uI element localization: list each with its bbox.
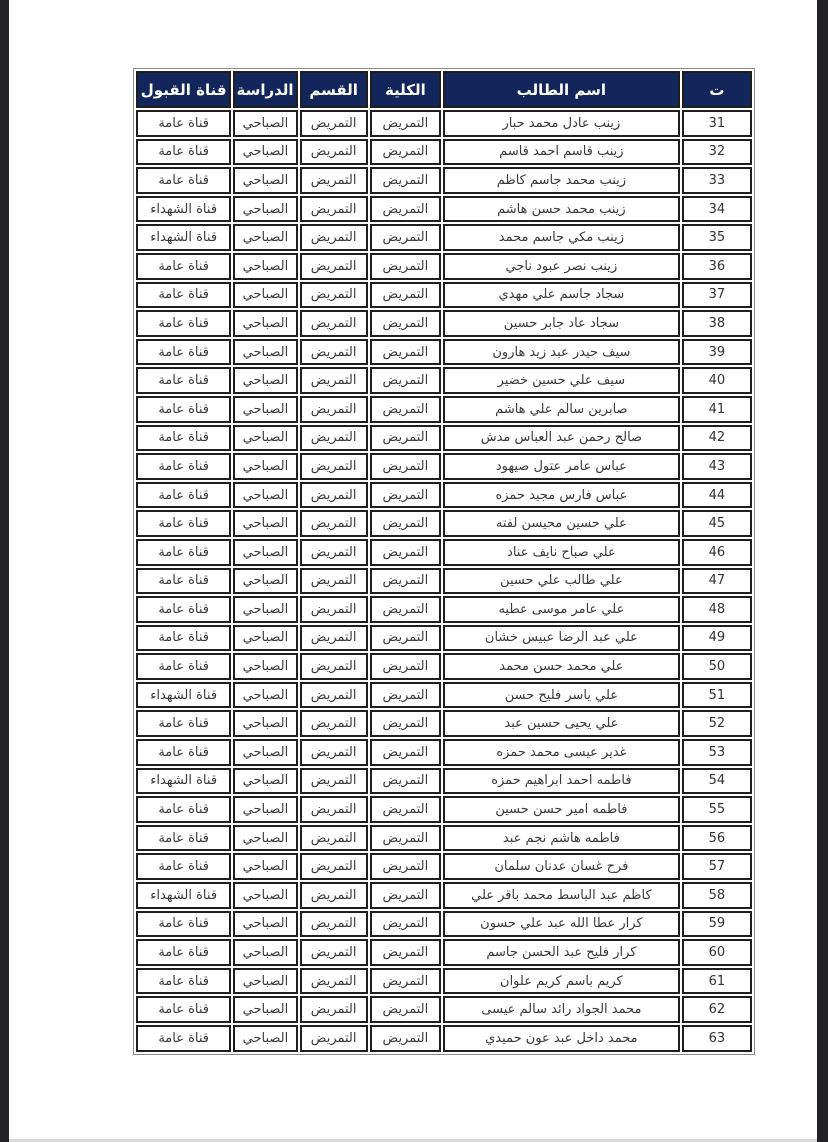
cell-study: الصباحي [233,339,297,366]
cell-college: التمريض [370,710,441,737]
cell-dept: التمريض [300,653,368,680]
cell-name: علي عبد الرضا عبيس خشان [443,625,680,652]
table-row: 57فرح غسان عدنان سلمانالتمريضالتمريضالصب… [136,853,752,880]
cell-name: زينب عادل محمد حبار [443,110,680,137]
cell-channel: قناة عامة [136,625,231,652]
cell-channel: قناة عامة [136,453,231,480]
cell-study: الصباحي [233,596,297,623]
cell-no: 62 [682,996,752,1023]
cell-no: 46 [682,539,752,566]
cell-dept: التمريض [300,167,368,194]
cell-college: التمريض [370,768,441,795]
table-row: 41صابرين سالم علي هاشمالتمريضالتمريضالصب… [136,396,752,423]
cell-name: محمد داخل عبد عون حميدي [443,1025,680,1052]
cell-no: 49 [682,625,752,652]
cell-study: الصباحي [233,796,297,823]
cell-college: التمريض [370,510,441,537]
cell-college: التمريض [370,224,441,251]
cell-college: التمريض [370,253,441,280]
cell-college: التمريض [370,167,441,194]
cell-college: التمريض [370,911,441,938]
cell-name: محمد الجواد رائد سالم عيسى [443,996,680,1023]
cell-name: غدير عيسى محمد حمزه [443,739,680,766]
cell-name: فاطمه احمد ابراهيم حمزه [443,768,680,795]
cell-no: 55 [682,796,752,823]
cell-no: 34 [682,196,752,223]
cell-channel: قناة عامة [136,653,231,680]
cell-dept: التمريض [300,110,368,137]
cell-name: صالح رحمن عبد العباس مدش [443,425,680,452]
cell-study: الصباحي [233,539,297,566]
document-page: تاسم الطالبالكليةالقسمالدراسةقناة القبول… [0,0,828,1142]
cell-dept: التمريض [300,396,368,423]
table-row: 37سجاد جاسم علي مهديالتمريضالتمريضالصباح… [136,282,752,309]
header-cell-dept: القسم [300,71,368,108]
cell-college: التمريض [370,425,441,452]
cell-name: زينب مكي جاسم محمد [443,224,680,251]
table-row: 33زينب محمد جاسم كاظمالتمريضالتمريضالصبا… [136,167,752,194]
cell-no: 56 [682,825,752,852]
cell-study: الصباحي [233,510,297,537]
cell-study: الصباحي [233,625,297,652]
cell-study: الصباحي [233,710,297,737]
cell-college: التمريض [370,367,441,394]
cell-dept: التمريض [300,253,368,280]
cell-dept: التمريض [300,339,368,366]
cell-no: 54 [682,768,752,795]
header-cell-study: الدراسة [233,71,297,108]
cell-dept: التمريض [300,825,368,852]
cell-no: 45 [682,510,752,537]
cell-dept: التمريض [300,596,368,623]
cell-dept: التمريض [300,224,368,251]
cell-channel: قناة عامة [136,339,231,366]
cell-dept: التمريض [300,882,368,909]
cell-college: التمريض [370,682,441,709]
cell-dept: التمريض [300,939,368,966]
cell-name: عباس عامر عتول صيهود [443,453,680,480]
table-row: 42صالح رحمن عبد العباس مدشالتمريضالتمريض… [136,425,752,452]
header-cell-name: اسم الطالب [443,71,680,108]
cell-no: 35 [682,224,752,251]
cell-no: 42 [682,425,752,452]
cell-channel: قناة عامة [136,282,231,309]
table-row: 51علي ياسر فليح حسنالتمريضالتمريضالصباحي… [136,682,752,709]
cell-channel: قناة عامة [136,510,231,537]
cell-college: التمريض [370,996,441,1023]
cell-college: التمريض [370,853,441,880]
cell-channel: قناة عامة [136,853,231,880]
cell-name: فرح غسان عدنان سلمان [443,853,680,880]
cell-study: الصباحي [233,996,297,1023]
table-row: 38سجاد عاد جابر حسينالتمريضالتمريضالصباح… [136,310,752,337]
roster-table-container: تاسم الطالبالكليةالقسمالدراسةقناة القبول… [133,68,755,1055]
table-row: 50علي محمد حسن محمدالتمريضالتمريضالصباحي… [136,653,752,680]
table-row: 54فاطمه احمد ابراهيم حمزهالتمريضالتمريضا… [136,768,752,795]
cell-college: التمريض [370,339,441,366]
cell-dept: التمريض [300,196,368,223]
cell-study: الصباحي [233,825,297,852]
cell-no: 36 [682,253,752,280]
cell-dept: التمريض [300,682,368,709]
cell-name: كرار عطا الله عبد علي حسون [443,911,680,938]
cell-college: التمريض [370,453,441,480]
cell-dept: التمريض [300,1025,368,1052]
cell-college: التمريض [370,968,441,995]
cell-college: التمريض [370,596,441,623]
table-row: 49علي عبد الرضا عبيس خشانالتمريضالتمريضا… [136,625,752,652]
cell-study: الصباحي [233,224,297,251]
cell-dept: التمريض [300,911,368,938]
cell-name: عباس فارس مجيد حمزه [443,482,680,509]
header-cell-college: الكلية [370,71,441,108]
cell-channel: قناة عامة [136,167,231,194]
header-row: تاسم الطالبالكليةالقسمالدراسةقناة القبول [136,71,752,108]
cell-channel: قناة الشهداء [136,682,231,709]
cell-channel: قناة عامة [136,110,231,137]
cell-dept: التمريض [300,310,368,337]
cell-dept: التمريض [300,853,368,880]
cell-channel: قناة الشهداء [136,196,231,223]
cell-name: علي يحيى حسين عبد [443,710,680,737]
cell-name: سيف علي حسين خضير [443,367,680,394]
cell-study: الصباحي [233,396,297,423]
cell-dept: التمريض [300,996,368,1023]
cell-study: الصباحي [233,853,297,880]
cell-college: التمريض [370,396,441,423]
cell-dept: التمريض [300,768,368,795]
cell-study: الصباحي [233,282,297,309]
cell-college: التمريض [370,1025,441,1052]
cell-college: التمريض [370,825,441,852]
table-row: 47علي طالب علي حسينالتمريضالتمريضالصباحي… [136,568,752,595]
cell-no: 61 [682,968,752,995]
table-row: 55فاطمه امير حسن حسينالتمريضالتمريضالصبا… [136,796,752,823]
cell-name: زينب محمد حسن هاشم [443,196,680,223]
cell-dept: التمريض [300,282,368,309]
cell-study: الصباحي [233,682,297,709]
cell-name: فاطمه امير حسن حسين [443,796,680,823]
cell-no: 53 [682,739,752,766]
cell-name: سجاد جاسم علي مهدي [443,282,680,309]
cell-dept: التمريض [300,568,368,595]
cell-college: التمريض [370,939,441,966]
left-edge-bar [0,0,9,1142]
cell-study: الصباحي [233,968,297,995]
cell-channel: قناة عامة [136,796,231,823]
cell-study: الصباحي [233,911,297,938]
cell-no: 33 [682,167,752,194]
table-row: 31زينب عادل محمد حبارالتمريضالتمريضالصبا… [136,110,752,137]
cell-study: الصباحي [233,253,297,280]
right-edge-bar [817,0,828,1142]
cell-dept: التمريض [300,539,368,566]
cell-channel: قناة عامة [136,1025,231,1052]
cell-study: الصباحي [233,739,297,766]
cell-dept: التمريض [300,482,368,509]
cell-dept: التمريض [300,625,368,652]
cell-college: التمريض [370,653,441,680]
cell-college: التمريض [370,310,441,337]
cell-name: علي حسين محيسن لفته [443,510,680,537]
cell-name: سجاد عاد جابر حسين [443,310,680,337]
cell-college: التمريض [370,139,441,166]
table-row: 43عباس عامر عتول صيهودالتمريضالتمريضالصب… [136,453,752,480]
cell-channel: قناة عامة [136,482,231,509]
cell-no: 38 [682,310,752,337]
cell-no: 47 [682,568,752,595]
cell-channel: قناة عامة [136,710,231,737]
cell-study: الصباحي [233,882,297,909]
table-body: 31زينب عادل محمد حبارالتمريضالتمريضالصبا… [136,110,752,1052]
cell-no: 31 [682,110,752,137]
cell-no: 50 [682,653,752,680]
table-row: 60كرار فليح عبد الحسن جاسمالتمريضالتمريض… [136,939,752,966]
cell-no: 41 [682,396,752,423]
table-row: 34زينب محمد حسن هاشمالتمريضالتمريضالصباح… [136,196,752,223]
cell-dept: التمريض [300,796,368,823]
cell-no: 43 [682,453,752,480]
cell-dept: التمريض [300,739,368,766]
cell-study: الصباحي [233,367,297,394]
cell-channel: قناة عامة [136,568,231,595]
cell-no: 57 [682,853,752,880]
table-row: 36زينب نصر عبود ناجيالتمريضالتمريضالصباح… [136,253,752,280]
cell-dept: التمريض [300,968,368,995]
cell-name: علي طالب علي حسين [443,568,680,595]
cell-college: التمريض [370,196,441,223]
table-row: 48علي عامر موسى عطيهالتمريضالتمريضالصباح… [136,596,752,623]
cell-no: 52 [682,710,752,737]
cell-college: التمريض [370,882,441,909]
table-row: 61كريم باسم كريم علوانالتمريضالتمريضالصب… [136,968,752,995]
cell-dept: التمريض [300,139,368,166]
cell-study: الصباحي [233,196,297,223]
cell-name: زينب محمد جاسم كاظم [443,167,680,194]
cell-name: زينب نصر عبود ناجي [443,253,680,280]
table-row: 35زينب مكي جاسم محمدالتمريضالتمريضالصباح… [136,224,752,251]
table-row: 53غدير عيسى محمد حمزهالتمريضالتمريضالصبا… [136,739,752,766]
cell-study: الصباحي [233,110,297,137]
cell-no: 40 [682,367,752,394]
cell-name: سيف حيدر عبد زيد هارون [443,339,680,366]
cell-no: 59 [682,911,752,938]
cell-dept: التمريض [300,710,368,737]
cell-no: 60 [682,939,752,966]
cell-college: التمريض [370,539,441,566]
cell-study: الصباحي [233,939,297,966]
cell-name: كاظم عبد الباسط محمد باقر علي [443,882,680,909]
table-row: 32زينب قاسم احمد قاسمالتمريضالتمريضالصبا… [136,139,752,166]
student-roster-table: تاسم الطالبالكليةالقسمالدراسةقناة القبول… [133,68,755,1055]
cell-college: التمريض [370,739,441,766]
cell-college: التمريض [370,568,441,595]
cell-study: الصباحي [233,653,297,680]
cell-name: علي عامر موسى عطيه [443,596,680,623]
cell-name: صابرين سالم علي هاشم [443,396,680,423]
cell-study: الصباحي [233,310,297,337]
cell-name: علي ياسر فليح حسن [443,682,680,709]
table-row: 58كاظم عبد الباسط محمد باقر عليالتمريضال… [136,882,752,909]
cell-study: الصباحي [233,453,297,480]
cell-channel: قناة عامة [136,825,231,852]
table-row: 63محمد داخل عبد عون حميديالتمريضالتمريضا… [136,1025,752,1052]
cell-college: التمريض [370,110,441,137]
cell-channel: قناة عامة [136,396,231,423]
table-header: تاسم الطالبالكليةالقسمالدراسةقناة القبول [136,71,752,108]
cell-name: علي محمد حسن محمد [443,653,680,680]
header-cell-channel: قناة القبول [136,71,231,108]
cell-dept: التمريض [300,425,368,452]
cell-no: 63 [682,1025,752,1052]
cell-channel: قناة الشهداء [136,768,231,795]
cell-channel: قناة عامة [136,996,231,1023]
cell-channel: قناة عامة [136,367,231,394]
cell-dept: التمريض [300,367,368,394]
cell-study: الصباحي [233,167,297,194]
table-row: 46علي صباح نايف عنادالتمريضالتمريضالصباح… [136,539,752,566]
cell-channel: قناة عامة [136,425,231,452]
cell-study: الصباحي [233,568,297,595]
table-row: 52علي يحيى حسين عبدالتمريضالتمريضالصباحي… [136,710,752,737]
cell-no: 32 [682,139,752,166]
cell-channel: قناة عامة [136,310,231,337]
cell-college: التمريض [370,796,441,823]
table-row: 45علي حسين محيسن لفتهالتمريضالتمريضالصبا… [136,510,752,537]
table-row: 59كرار عطا الله عبد علي حسونالتمريضالتمر… [136,911,752,938]
cell-name: كريم باسم كريم علوان [443,968,680,995]
cell-college: التمريض [370,625,441,652]
cell-study: الصباحي [233,1025,297,1052]
header-cell-no: ت [682,71,752,108]
cell-college: التمريض [370,482,441,509]
cell-channel: قناة الشهداء [136,882,231,909]
cell-dept: التمريض [300,510,368,537]
table-row: 56فاطمه هاشم نجم عبدالتمريضالتمريضالصباح… [136,825,752,852]
cell-name: زينب قاسم احمد قاسم [443,139,680,166]
cell-no: 48 [682,596,752,623]
cell-name: علي صباح نايف عناد [443,539,680,566]
cell-college: التمريض [370,282,441,309]
cell-channel: قناة عامة [136,968,231,995]
cell-channel: قناة عامة [136,596,231,623]
cell-channel: قناة عامة [136,539,231,566]
cell-dept: التمريض [300,453,368,480]
cell-channel: قناة عامة [136,939,231,966]
cell-name: كرار فليح عبد الحسن جاسم [443,939,680,966]
cell-channel: قناة عامة [136,253,231,280]
cell-channel: قناة عامة [136,911,231,938]
cell-study: الصباحي [233,139,297,166]
cell-study: الصباحي [233,482,297,509]
cell-no: 44 [682,482,752,509]
cell-study: الصباحي [233,425,297,452]
table-row: 40سيف علي حسين خضيرالتمريضالتمريضالصباحي… [136,367,752,394]
cell-channel: قناة عامة [136,739,231,766]
cell-no: 58 [682,882,752,909]
cell-no: 37 [682,282,752,309]
table-row: 44عباس فارس مجيد حمزهالتمريضالتمريضالصبا… [136,482,752,509]
cell-no: 39 [682,339,752,366]
table-row: 62محمد الجواد رائد سالم عيسىالتمريضالتمر… [136,996,752,1023]
cell-study: الصباحي [233,768,297,795]
cell-channel: قناة الشهداء [136,224,231,251]
cell-channel: قناة عامة [136,139,231,166]
table-row: 39سيف حيدر عبد زيد هارونالتمريضالتمريضال… [136,339,752,366]
cell-name: فاطمه هاشم نجم عبد [443,825,680,852]
cell-no: 51 [682,682,752,709]
